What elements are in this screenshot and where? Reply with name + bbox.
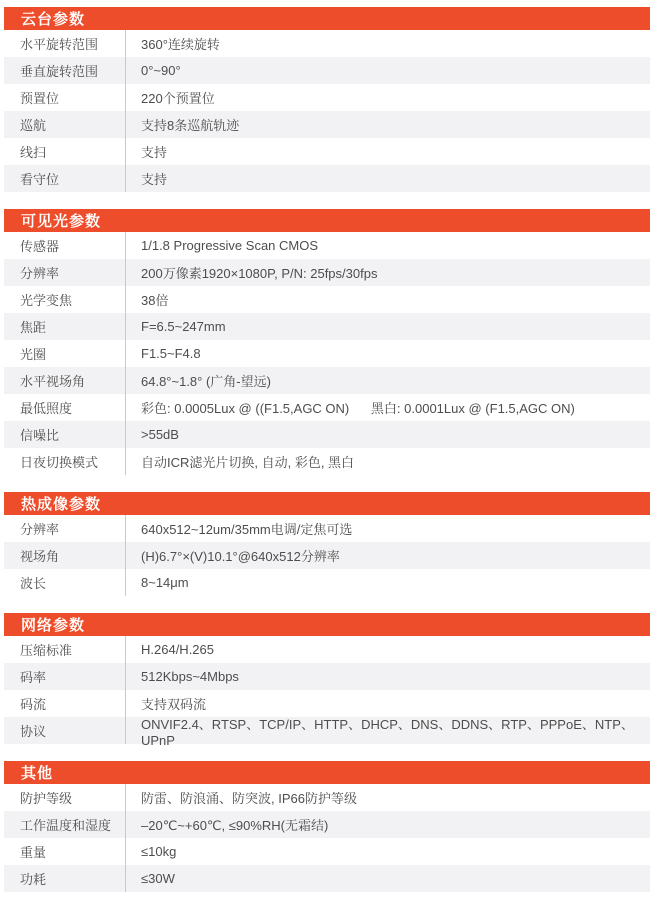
section-rows: 防护等级 防雷、防浪涌、防突波, IP66防护等级 工作温度和湿度 –20℃~+… <box>4 784 650 892</box>
row-value: >55dB <box>126 421 650 448</box>
table-row: 水平旋转范围 360°连续旋转 <box>4 30 650 57</box>
row-label: 波长 <box>4 569 126 596</box>
table-row: 压缩标准 H.264/H.265 <box>4 636 650 663</box>
row-value: 64.8°~1.8° (广角-望远) <box>126 367 650 394</box>
row-value: 8~14μm <box>126 569 650 596</box>
row-value: 支持8条巡航轨迹 <box>126 111 650 138</box>
row-label: 分辨率 <box>4 259 126 286</box>
row-value: 防雷、防浪涌、防突波, IP66防护等级 <box>126 784 650 811</box>
section-title: 可见光参数 <box>21 213 101 229</box>
row-label: 预置位 <box>4 84 126 111</box>
row-label: 光圈 <box>4 340 126 367</box>
spec-section: 其他 防护等级 防雷、防浪涌、防突波, IP66防护等级 工作温度和湿度 –20… <box>4 761 650 892</box>
row-value: H.264/H.265 <box>126 636 650 663</box>
row-label: 信噪比 <box>4 421 126 448</box>
row-label: 功耗 <box>4 865 126 892</box>
row-value: 220个预置位 <box>126 84 650 111</box>
section-title: 云台参数 <box>21 11 85 27</box>
spec-section: 可见光参数 传感器 1/1.8 Progressive Scan CMOS 分辨… <box>4 209 650 475</box>
table-row: 最低照度 彩色: 0.0005Lux @ ((F1.5,AGC ON) 黑白: … <box>4 394 650 421</box>
table-row: 防护等级 防雷、防浪涌、防突波, IP66防护等级 <box>4 784 650 811</box>
row-label: 看守位 <box>4 165 126 192</box>
table-row: 功耗 ≤30W <box>4 865 650 892</box>
section-header: 其他 <box>4 761 650 784</box>
section-header: 可见光参数 <box>4 209 650 232</box>
row-label: 视场角 <box>4 542 126 569</box>
row-value: ONVIF2.4、RTSP、TCP/IP、HTTP、DHCP、DNS、DDNS、… <box>126 717 650 744</box>
row-value: F=6.5~247mm <box>126 313 650 340</box>
table-row: 看守位 支持 <box>4 165 650 192</box>
row-label: 传感器 <box>4 232 126 259</box>
table-row: 线扫 支持 <box>4 138 650 165</box>
table-row: 垂直旋转范围 0°~90° <box>4 57 650 84</box>
row-value: ≤30W <box>126 865 650 892</box>
row-value: –20℃~+60℃, ≤90%RH(无霜结) <box>126 811 650 838</box>
row-label: 协议 <box>4 717 126 744</box>
row-label: 防护等级 <box>4 784 126 811</box>
section-title: 其他 <box>21 765 53 781</box>
table-row: 波长 8~14μm <box>4 569 650 596</box>
table-row: 分辨率 200万像素1920×1080P, P/N: 25fps/30fps <box>4 259 650 286</box>
section-rows: 传感器 1/1.8 Progressive Scan CMOS 分辨率 200万… <box>4 232 650 475</box>
row-value: 640x512~12um/35mm电调/定焦可选 <box>126 515 650 542</box>
section-rows: 水平旋转范围 360°连续旋转 垂直旋转范围 0°~90° 预置位 220个预置… <box>4 30 650 192</box>
table-row: 分辨率 640x512~12um/35mm电调/定焦可选 <box>4 515 650 542</box>
table-row: 信噪比 >55dB <box>4 421 650 448</box>
row-value: 0°~90° <box>126 57 650 84</box>
row-label: 水平旋转范围 <box>4 30 126 57</box>
row-value: 自动ICR滤光片切换, 自动, 彩色, 黑白 <box>126 448 650 475</box>
section-header: 热成像参数 <box>4 492 650 515</box>
row-value: 支持 <box>126 165 650 192</box>
row-value: 200万像素1920×1080P, P/N: 25fps/30fps <box>126 259 650 286</box>
row-label: 码率 <box>4 663 126 690</box>
row-value: (H)6.7°×(V)10.1°@640x512分辨率 <box>126 542 650 569</box>
section-rows: 分辨率 640x512~12um/35mm电调/定焦可选 视场角 (H)6.7°… <box>4 515 650 596</box>
section-title: 热成像参数 <box>21 496 101 512</box>
table-row: 传感器 1/1.8 Progressive Scan CMOS <box>4 232 650 259</box>
row-value: 360°连续旋转 <box>126 30 650 57</box>
row-value: 支持 <box>126 138 650 165</box>
row-value: 彩色: 0.0005Lux @ ((F1.5,AGC ON) 黑白: 0.000… <box>126 394 650 421</box>
row-value: 1/1.8 Progressive Scan CMOS <box>126 232 650 259</box>
section-header: 网络参数 <box>4 613 650 636</box>
table-row: 水平视场角 64.8°~1.8° (广角-望远) <box>4 367 650 394</box>
spec-section: 热成像参数 分辨率 640x512~12um/35mm电调/定焦可选 视场角 (… <box>4 492 650 596</box>
row-label: 分辨率 <box>4 515 126 542</box>
table-row: 焦距 F=6.5~247mm <box>4 313 650 340</box>
table-row: 日夜切换模式 自动ICR滤光片切换, 自动, 彩色, 黑白 <box>4 448 650 475</box>
row-label: 码流 <box>4 690 126 717</box>
row-label: 工作温度和湿度 <box>4 811 126 838</box>
row-label: 焦距 <box>4 313 126 340</box>
spec-sheet: 云台参数 水平旋转范围 360°连续旋转 垂直旋转范围 0°~90° 预置位 2… <box>0 0 654 892</box>
row-label: 光学变焦 <box>4 286 126 313</box>
table-row: 光学变焦 38倍 <box>4 286 650 313</box>
table-row: 视场角 (H)6.7°×(V)10.1°@640x512分辨率 <box>4 542 650 569</box>
sections: 云台参数 水平旋转范围 360°连续旋转 垂直旋转范围 0°~90° 预置位 2… <box>4 7 650 892</box>
row-value: F1.5~F4.8 <box>126 340 650 367</box>
row-value: 38倍 <box>126 286 650 313</box>
table-row: 码率 512Kbps~4Mbps <box>4 663 650 690</box>
table-row: 协议 ONVIF2.4、RTSP、TCP/IP、HTTP、DHCP、DNS、DD… <box>4 717 650 744</box>
section-title: 网络参数 <box>21 617 85 633</box>
row-label: 日夜切换模式 <box>4 448 126 475</box>
table-row: 光圈 F1.5~F4.8 <box>4 340 650 367</box>
row-label: 压缩标准 <box>4 636 126 663</box>
table-row: 巡航 支持8条巡航轨迹 <box>4 111 650 138</box>
row-label: 最低照度 <box>4 394 126 421</box>
section-header: 云台参数 <box>4 7 650 30</box>
row-label: 巡航 <box>4 111 126 138</box>
spec-section: 云台参数 水平旋转范围 360°连续旋转 垂直旋转范围 0°~90° 预置位 2… <box>4 7 650 192</box>
spec-section: 网络参数 压缩标准 H.264/H.265 码率 512Kbps~4Mbps 码… <box>4 613 650 744</box>
table-row: 重量 ≤10kg <box>4 838 650 865</box>
table-row: 预置位 220个预置位 <box>4 84 650 111</box>
row-label: 线扫 <box>4 138 126 165</box>
row-label: 重量 <box>4 838 126 865</box>
row-value: 512Kbps~4Mbps <box>126 663 650 690</box>
row-value: ≤10kg <box>126 838 650 865</box>
row-label: 水平视场角 <box>4 367 126 394</box>
section-rows: 压缩标准 H.264/H.265 码率 512Kbps~4Mbps 码流 支持双… <box>4 636 650 744</box>
row-label: 垂直旋转范围 <box>4 57 126 84</box>
table-row: 工作温度和湿度 –20℃~+60℃, ≤90%RH(无霜结) <box>4 811 650 838</box>
